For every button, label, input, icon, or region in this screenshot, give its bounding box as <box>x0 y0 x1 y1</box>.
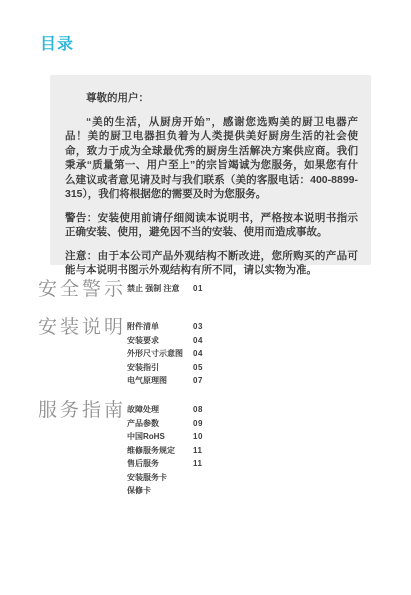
toc-item-page: 04 <box>193 334 207 348</box>
toc-item-label: 保修卡 <box>127 484 151 498</box>
toc-item-page: 11 <box>193 444 207 458</box>
toc-items-service: 故障处理 08 产品参数 09 中国RoHS 10 维修服务规定 11 售后服务… <box>127 400 207 498</box>
section-heading-installation: 安装说明 <box>38 317 127 338</box>
toc-item-label: 安装指引 <box>127 361 159 375</box>
toc-section-installation: 安装说明 附件清单 03 安装要求 04 外形尺寸示意图 04 安装指引 05 … <box>38 317 207 388</box>
toc-section-service-guide: 服务指南 故障处理 08 产品参数 09 中国RoHS 10 维修服务规定 11… <box>38 400 207 498</box>
section-heading-service: 服务指南 <box>38 400 127 421</box>
toc-item-page: 03 <box>193 320 207 334</box>
toc-item: 安装服务卡 <box>127 471 207 485</box>
toc-item-label: 维修服务规定 <box>127 444 175 458</box>
toc-item-label: 禁止 强制 注意 <box>127 282 179 296</box>
toc-item: 禁止 强制 注意 01 <box>127 282 207 296</box>
notice-paragraph: 注意：由于本公司产品外观结构不断改进，您所购买的产品可能与本说明书图示外观结构有… <box>65 249 358 278</box>
toc-item-page: 07 <box>193 374 207 388</box>
toc-item: 保修卡 <box>127 484 207 498</box>
toc-item: 中国RoHS 10 <box>127 430 207 444</box>
toc-item-label: 附件清单 <box>127 320 159 334</box>
toc-item: 维修服务规定 11 <box>127 444 207 458</box>
section-heading-safety: 安全警示 <box>38 279 127 300</box>
toc-item: 外形尺寸示意图 04 <box>127 347 207 361</box>
page-title: 目录 <box>40 31 74 54</box>
toc-item-label: 安装服务卡 <box>127 471 167 485</box>
toc-item-label: 售后服务 <box>127 457 159 471</box>
toc-items-installation: 附件清单 03 安装要求 04 外形尺寸示意图 04 安装指引 05 电气原理图… <box>127 317 207 388</box>
intro-paragraph: “美的生活，从厨房开始”，感谢您选购美的厨卫电器产品！美的厨卫电器担负着为人类提… <box>65 115 358 202</box>
toc-item-label: 电气原理图 <box>127 374 167 388</box>
toc-item-page <box>193 471 207 485</box>
toc-item-label: 安装要求 <box>127 334 159 348</box>
toc-section-safety-warnings: 安全警示 禁止 强制 注意 01 <box>38 279 207 300</box>
toc-item-page: 10 <box>193 430 207 444</box>
toc-item: 附件清单 03 <box>127 320 207 334</box>
toc-item: 故障处理 08 <box>127 403 207 417</box>
toc-item: 售后服务 11 <box>127 457 207 471</box>
toc-item-page: 11 <box>193 457 207 471</box>
toc-item-page: 04 <box>193 347 207 361</box>
toc-item-label: 中国RoHS <box>127 430 165 444</box>
greeting-text: 尊敬的用户： <box>65 91 358 106</box>
toc-item-label: 故障处理 <box>127 403 159 417</box>
toc-item-page: 05 <box>193 361 207 375</box>
toc-item-page: 08 <box>193 403 207 417</box>
toc-item-page: 09 <box>193 417 207 431</box>
toc-item: 安装指引 05 <box>127 361 207 375</box>
toc-item-page <box>193 484 207 498</box>
toc-items-safety: 禁止 强制 注意 01 <box>127 279 207 296</box>
toc-item: 安装要求 04 <box>127 334 207 348</box>
toc-item: 产品参数 09 <box>127 417 207 431</box>
intro-box: 尊敬的用户： “美的生活，从厨房开始”，感谢您选购美的厨卫电器产品！美的厨卫电器… <box>50 75 371 265</box>
toc-item-label: 产品参数 <box>127 417 159 431</box>
warning-paragraph: 警告：安装使用前请仔细阅读本说明书，严格按本说明书指示正确安装、使用，避免因不当… <box>65 211 358 240</box>
toc-item-page: 01 <box>193 282 207 296</box>
toc-item: 电气原理图 07 <box>127 374 207 388</box>
toc-item-label: 外形尺寸示意图 <box>127 347 183 361</box>
